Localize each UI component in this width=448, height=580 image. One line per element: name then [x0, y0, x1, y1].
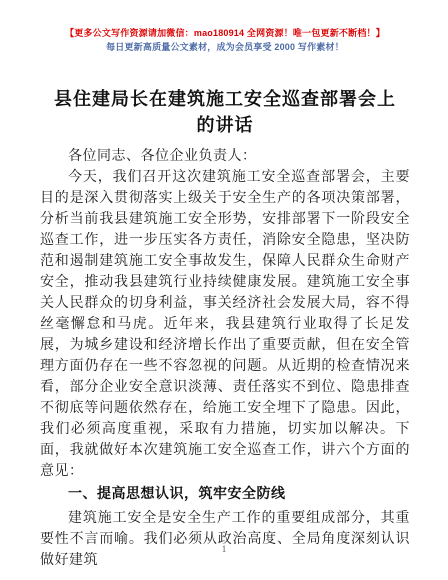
- header-ad-line1: 【更多公文写作资源请加微信：mao180914 全网资源！唯一包更新不断档！】: [40, 26, 410, 40]
- document-page: 【更多公文写作资源请加微信：mao180914 全网资源！唯一包更新不断档！】 …: [0, 0, 448, 580]
- section-heading-1: 一、提高思想认识，筑牢安全防线: [40, 484, 410, 505]
- header-ad-line2: 每日更新高质量公文素材，成为会员享受 2000 写作素材！: [40, 40, 410, 54]
- paragraph-section1: 建筑施工安全是安全生产工作的重要组成部分，其重要性不言而喻。我们必须从政治高度、…: [40, 508, 410, 571]
- paragraph-intro: 今天，我们召开这次建筑施工安全巡查部署会，主要目的是深入贯彻落实上级关于安全生产…: [40, 167, 410, 482]
- page-number: 1: [0, 544, 448, 554]
- document-body: 各位同志、各位企业负责人： 今天，我们召开这次建筑施工安全巡查部署会，主要目的是…: [40, 146, 410, 571]
- document-title: 县住建局长在建筑施工安全巡查部署会上的讲话: [40, 86, 410, 138]
- salutation-line: 各位同志、各位企业负责人：: [40, 146, 410, 167]
- header-ad-block: 【更多公文写作资源请加微信：mao180914 全网资源！唯一包更新不断档！】 …: [40, 26, 410, 54]
